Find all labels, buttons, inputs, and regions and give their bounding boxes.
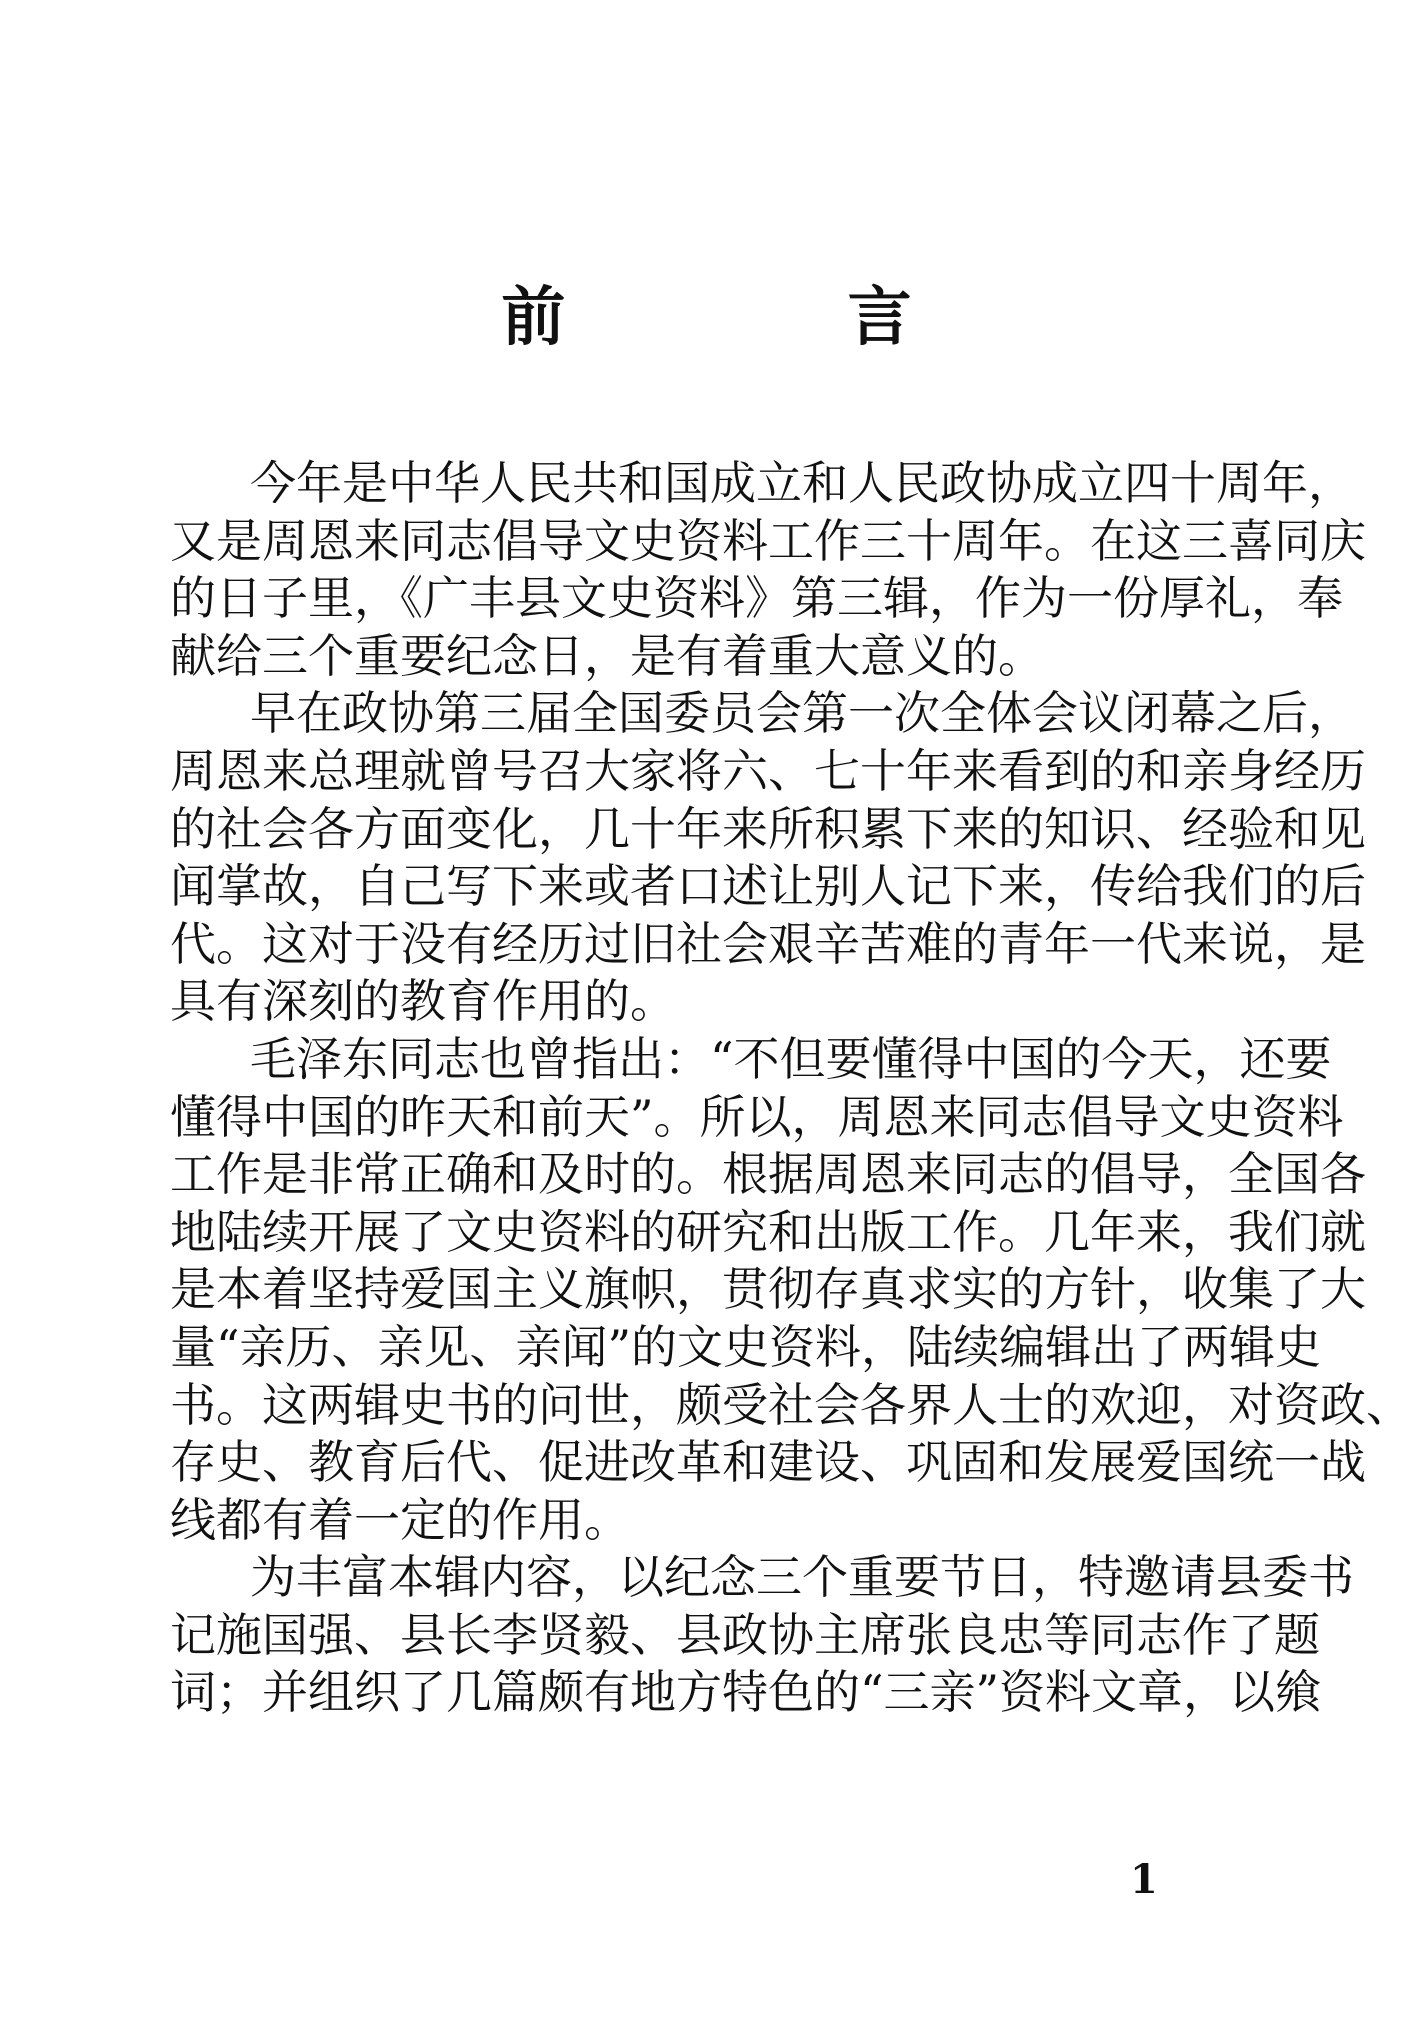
text-line: 代。这对于没有经历过旧社会艰辛苦难的青年一代来说，是 <box>170 916 1265 974</box>
text-line: 书。这两辑史书的问世，颇受社会各界人士的欢迎，对资政、 <box>170 1377 1265 1435</box>
text-line: 懂得中国的昨天和前天”。所以，周恩来同志倡导文史资料 <box>170 1089 1265 1147</box>
text-line: 记施国强、县长李贤毅、县政协主席张良忠等同志作了题 <box>170 1607 1265 1665</box>
text-line: 地陆续开展了文史资料的研究和出版工作。几年来，我们就 <box>170 1204 1265 1262</box>
text-line: 的日子里，《广丰县文史资料》第三辑，作为一份厚礼，奉 <box>170 570 1265 628</box>
text-line: 具有深刻的教育作用的。 <box>170 973 1265 1031</box>
text-line: 词；并组织了几篇颇有地方特色的“三亲”资料文章，以飨 <box>170 1664 1265 1722</box>
text-line: 工作是非常正确和及时的。根据周恩来同志的倡导，全国各 <box>170 1146 1265 1204</box>
text-line: 早在政协第三届全国委员会第一次全体会议闭幕之后， <box>170 685 1265 743</box>
text-line: 献给三个重要纪念日，是有着重大意义的。 <box>170 628 1265 686</box>
text-line: 毛泽东同志也曾指出：“不但要懂得中国的今天，还要 <box>170 1031 1265 1089</box>
text-line: 量“亲历、亲见、亲闻”的文史资料，陆续编辑出了两辑史 <box>170 1319 1265 1377</box>
text-line: 的社会各方面变化，几十年来所积累下来的知识、经验和见 <box>170 801 1265 859</box>
text-line: 今年是中华人民共和国成立和人民政协成立四十周年， <box>170 455 1265 513</box>
text-line: 又是周恩来同志倡导文史资料工作三十周年。在这三喜同庆 <box>170 513 1265 571</box>
text-line: 存史、教育后代、促进改革和建设、巩固和发展爱国统一战 <box>170 1434 1265 1492</box>
document-page: 前 言 今年是中华人民共和国成立和人民政协成立四十周年， 又是周恩来同志倡导文史… <box>0 0 1413 2020</box>
text-line: 是本着坚持爱国主义旗帜，贯彻存真求实的方针，收集了大 <box>170 1261 1265 1319</box>
text-line: 闻掌故，自己写下来或者口述让别人记下来，传给我们的后 <box>170 858 1265 916</box>
page-title: 前 言 <box>0 278 1413 358</box>
body-text: 今年是中华人民共和国成立和人民政协成立四十周年， 又是周恩来同志倡导文史资料工作… <box>170 455 1265 1722</box>
text-line: 周恩来总理就曾号召大家将六、七十年来看到的和亲身经历 <box>170 743 1265 801</box>
page-number: 1 <box>1130 1858 1158 1902</box>
text-line: 线都有着一定的作用。 <box>170 1492 1265 1550</box>
text-line: 为丰富本辑内容，以纪念三个重要节日，特邀请县委书 <box>170 1549 1265 1607</box>
